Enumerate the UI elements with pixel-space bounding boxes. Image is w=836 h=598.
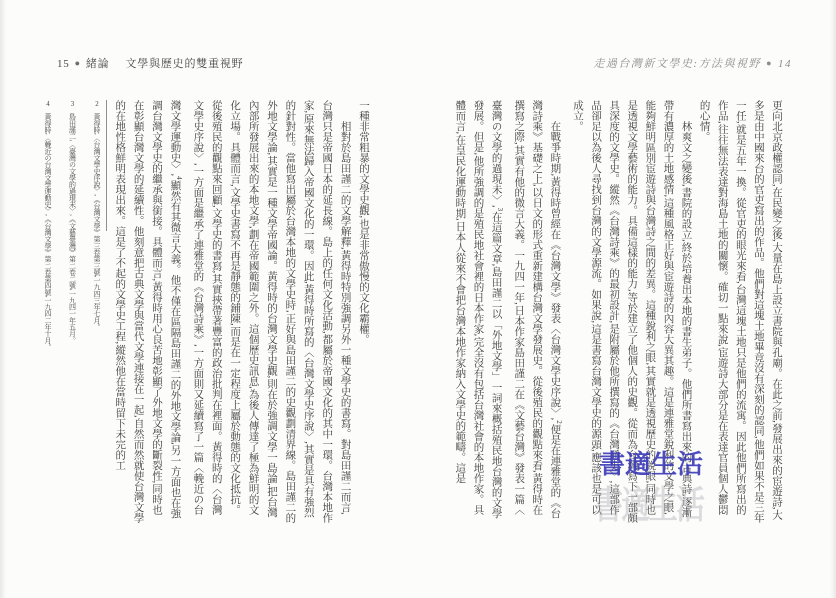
footnote-text: 黃得時,〈台灣文學史序說〉,《台灣文學》第三卷第三號,一九四三年七月。: [93, 113, 101, 330]
footnote-text: 黃得時,〈輓近の台灣文學運動史〉,《台灣文學》第二卷第四號,一九四二年十月。: [44, 113, 52, 350]
footnote-number: 2: [93, 100, 101, 108]
right-page-number: 14: [778, 58, 792, 70]
paragraph: 更向北京政權認同,在民變之後,大量在島上設立書院與孔廟。在此之前,發展出來的宦遊…: [695, 100, 785, 524]
watermark-ghost-text: 書適生活: [594, 474, 703, 529]
book-spread-scan: { "icons": { "bullet": "●" }, "right_pag…: [0, 0, 836, 598]
left-page-section-label: 緒論: [86, 58, 110, 70]
footnote-item: 2黃得時,〈台灣文學史序說〉,《台灣文學》第三卷第三號,一九四三年七月。: [91, 100, 102, 352]
footnote-ref: 4: [175, 176, 183, 180]
footnote-ref: 3: [496, 208, 504, 212]
footnote-number: 3: [69, 100, 77, 108]
left-page-chapter-title: 文學與歷史的雙重視野: [125, 58, 243, 70]
footnotes-block: 2黃得時,〈台灣文學史序說〉,《台灣文學》第三卷第三號,一九四三年七月。3島田謹…: [28, 100, 102, 352]
page-edge-shadow-right: [830, 0, 836, 598]
watermark-text: 書適生活: [599, 444, 703, 481]
left-page-running-head: 15●緒論文學與歷史的雙重視野: [57, 55, 243, 71]
footnote-number: 4: [44, 100, 52, 108]
paragraph: 相對於島田謹二的文學解釋,黃得時特別強調另外一種文學史的書寫。對島田謹二而言,台…: [110, 100, 354, 524]
paragraph: 在戰爭時期,黃得時曾經在《台灣文學》發表〈台灣文學史序說〉,2便是在連雅堂的《台…: [450, 100, 568, 524]
bullet-icon: ●: [75, 58, 81, 68]
left-page-body-text: 一種非常粗暴的文學史觀,也是非常傲慢的文化霸權。相對於島田謹二的文學解釋,黃得時…: [114, 100, 372, 524]
left-page-number: 15: [57, 58, 70, 70]
footnote-separator-rule: [106, 100, 107, 231]
bullet-icon: ●: [766, 58, 773, 68]
page-edge-shadow-left: [0, 0, 6, 598]
footnote-text: 島田謹二,〈臺灣の文學的過現未〉,《文藝臺灣》第二卷二號,一九四一年五月。: [69, 113, 77, 343]
right-page-book-title: 走過台灣新文學史:方法與視野: [593, 58, 761, 70]
right-page-running-head: 走過台灣新文學史:方法與視野●14: [500, 55, 792, 71]
footnote-item: 3島田謹二,〈臺灣の文學的過現未〉,《文藝臺灣》第二卷二號,一九四一年五月。: [67, 100, 78, 352]
footnote-ref: 2: [555, 420, 563, 424]
footnote-item: 4黃得時,〈輓近の台灣文學運動史〉,《台灣文學》第二卷第四號,一九四二年十月。: [42, 100, 53, 352]
paragraph: 一種非常粗暴的文學史觀,也是非常傲慢的文化霸權。: [354, 100, 372, 524]
